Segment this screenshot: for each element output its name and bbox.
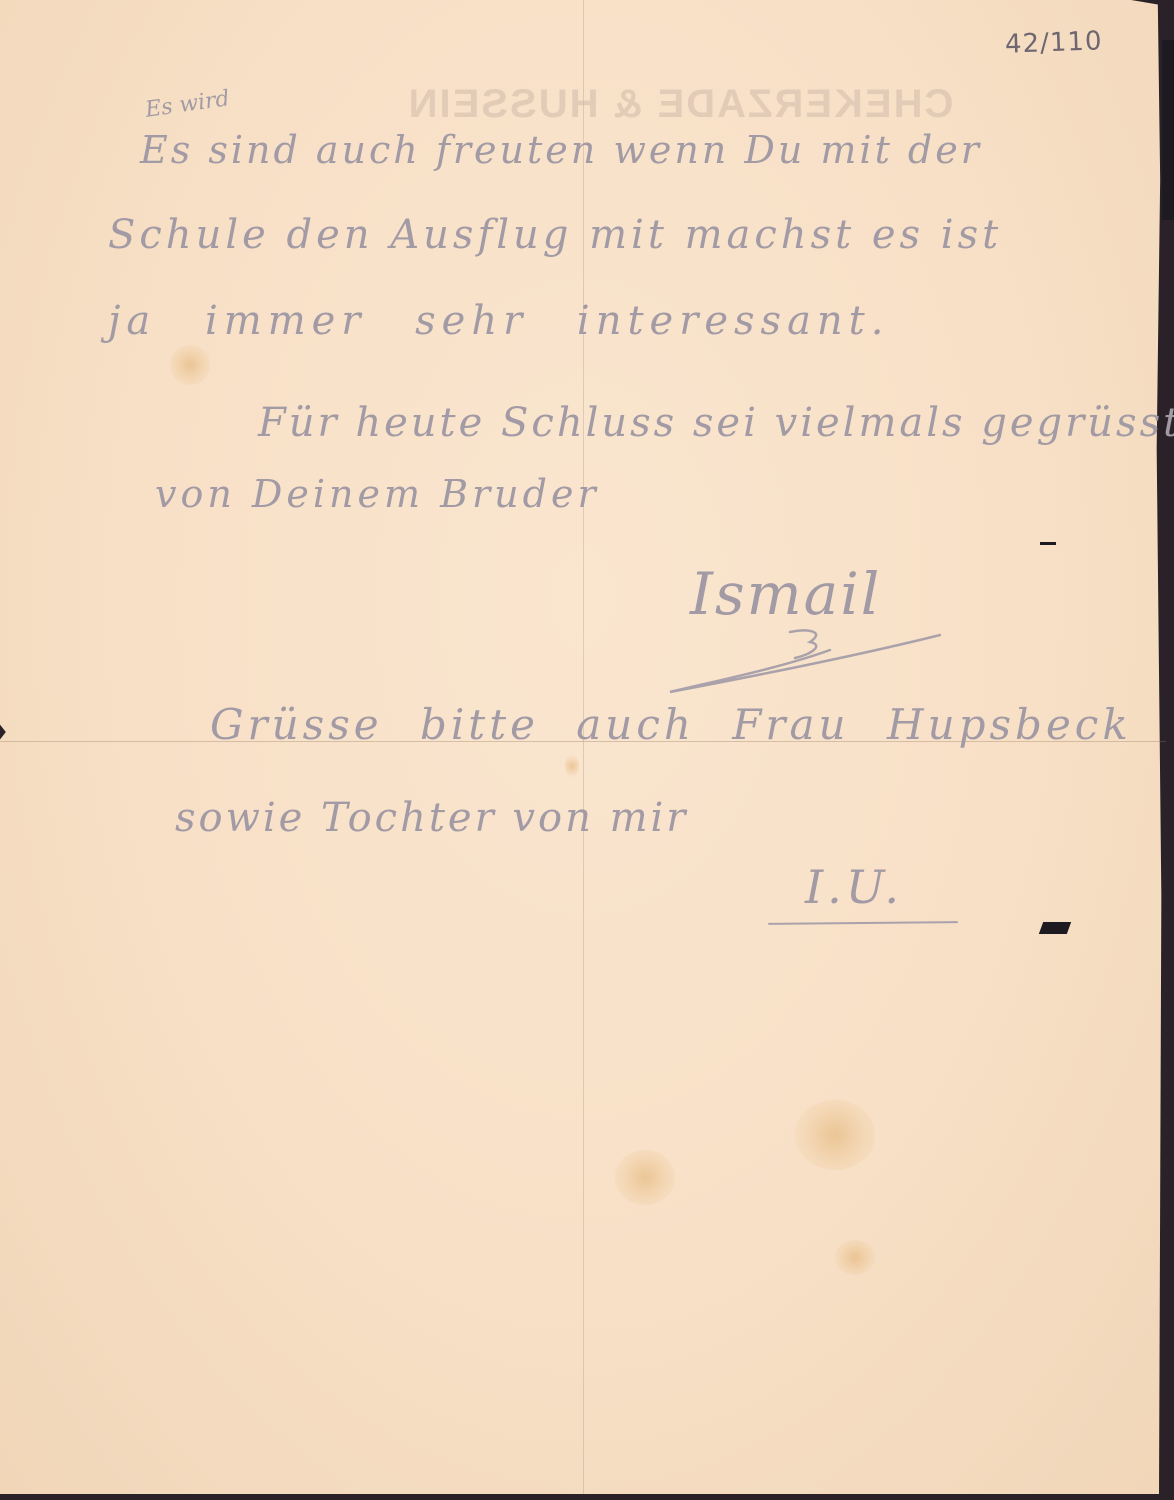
postscript-initials: I.U. xyxy=(805,860,903,914)
archive-number: 42/110 xyxy=(1005,26,1103,59)
signature-flourish xyxy=(660,620,950,700)
paper-hole xyxy=(1040,542,1056,545)
handwritten-line: Für heute Schluss sei vielmals gegrüsst xyxy=(258,400,1174,446)
foxing-stain xyxy=(615,1150,675,1205)
foxing-stain xyxy=(565,755,579,777)
paper-tear-right xyxy=(1162,40,1174,220)
paper-hole xyxy=(1039,922,1071,934)
foxing-stain xyxy=(170,345,210,385)
foxing-stain xyxy=(795,1100,875,1170)
handwritten-line: Schule den Ausflug mit machst es ist xyxy=(108,212,1002,258)
postscript-line: sowie Tochter von mir xyxy=(175,795,688,841)
foxing-stain xyxy=(835,1240,875,1275)
postscript-line: Grüsse bitte auch Frau Hupsbeck xyxy=(210,700,1132,749)
signature: Ismail xyxy=(690,560,881,628)
letterhead-showthrough: CHEKERZADE & HUSSEIN xyxy=(330,82,1030,127)
handwritten-line: ja immer sehr interessant. xyxy=(108,298,889,344)
handwritten-line: Es sind auch freuten wenn Du mit der xyxy=(140,128,982,172)
handwritten-line: von Deinem Bruder xyxy=(155,472,600,516)
